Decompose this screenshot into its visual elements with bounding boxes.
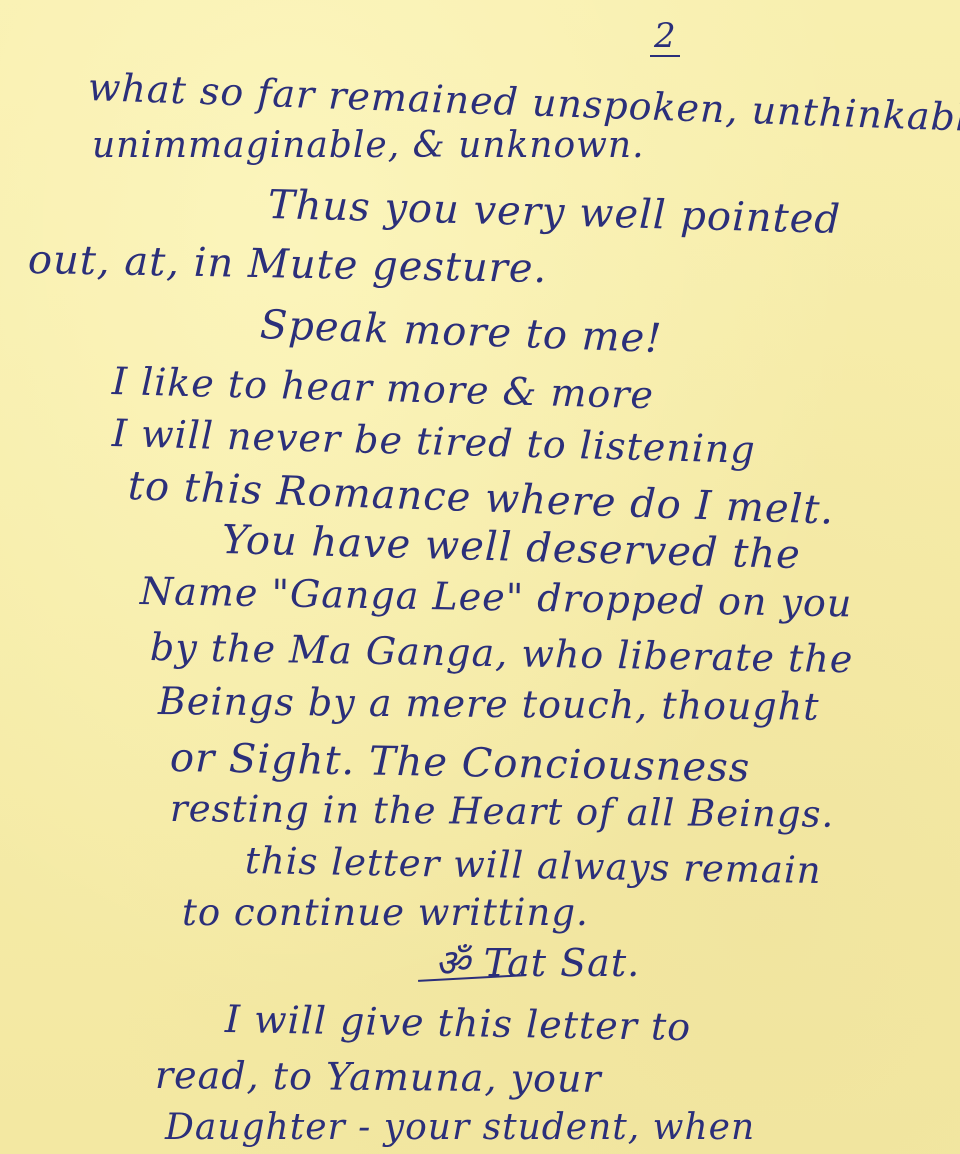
letter-line: resting in the Heart of all Beings. [170, 790, 835, 833]
letter-line: Daughter - your student, when [165, 1110, 755, 1146]
letter-line: by the Ma Ganga, who liberate the [150, 628, 854, 678]
letter-line: I will never be tired to listening [112, 414, 757, 469]
letter-line: Beings by a mere touch, thought [158, 682, 820, 726]
page-number: 2 [650, 18, 680, 57]
letter-line: read, to Yamuna, your [155, 1056, 602, 1098]
letter-line: out, at, in Mute gesture. [28, 240, 548, 289]
letter-page: 2 what so far remained unspoken, unthink… [0, 0, 960, 1154]
letter-line: Name "Ganga Lee" dropped on you [140, 572, 853, 622]
letter-line: this letter will always remain [245, 842, 822, 889]
letter-line: I will give this letter to [225, 1000, 692, 1046]
letter-line: to continue writting. [182, 894, 589, 931]
letter-line: Speak more to me! [259, 305, 663, 359]
letter-line: Thus you very well pointed [267, 185, 841, 240]
letter-line: or Sight. The Conciousness [170, 738, 751, 788]
letter-line: unimmaginable, & unknown. [92, 128, 645, 164]
letter-line: I like to hear more & more [112, 362, 655, 414]
